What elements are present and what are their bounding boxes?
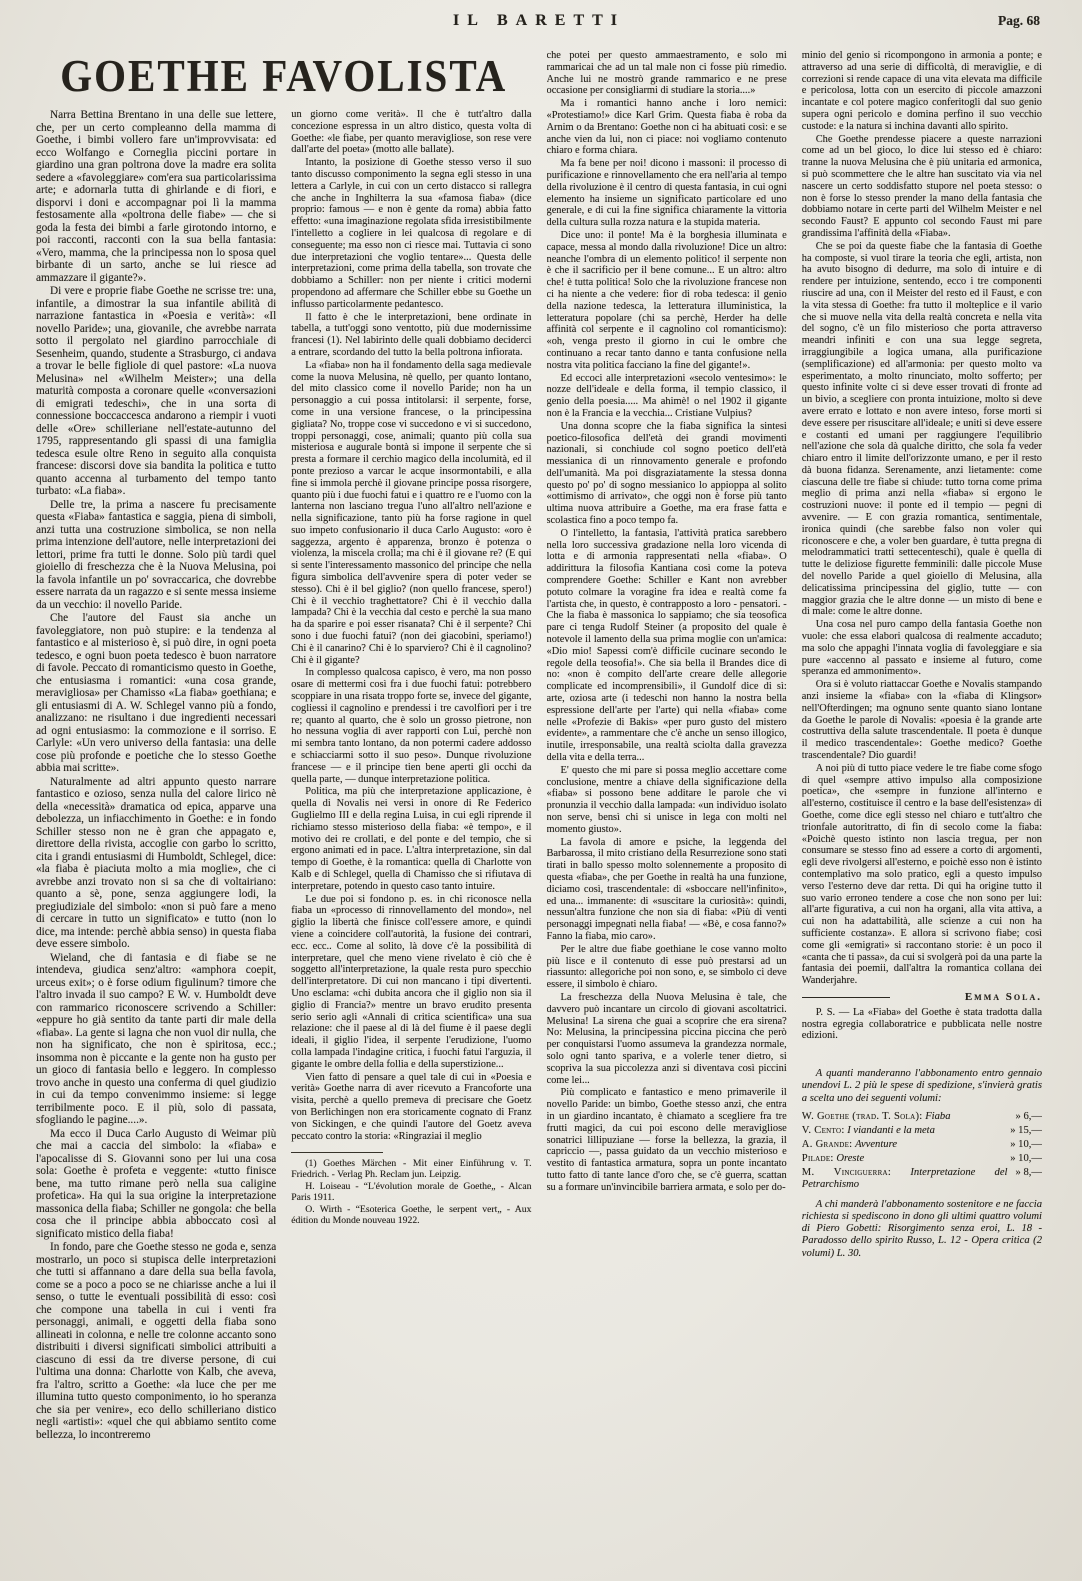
article-body: GOETHE FAVOLISTA Narra Bettina Brentano … (36, 50, 1042, 1442)
paragraph: La «fiaba» non ha il fondamento della sa… (291, 360, 531, 667)
paragraph: Che se poi da queste fiabe che la fantas… (802, 241, 1042, 619)
article-end: Emma Sola. (802, 992, 1042, 1004)
book-author: V. Cento: (802, 1125, 845, 1136)
paragraph: Più complicato e fantastico e meno prima… (547, 1087, 787, 1193)
footnote: H. Loiseau - “L'évolution morale de Goet… (291, 1181, 531, 1203)
masthead: IL BARETTI (36, 12, 1042, 30)
book-title: Avventure (855, 1139, 897, 1150)
paragraph: Di vere e proprie fiabe Goethe ne scriss… (36, 285, 276, 498)
book-author: M. Vinciguerra: (802, 1167, 891, 1178)
paragraph: Una donna scopre che la fiaba significa … (547, 421, 787, 527)
column-3: che potei per questo ammaestramento, e s… (547, 50, 787, 1442)
list-item: A. Grande: Avventure » 10,— (802, 1139, 1042, 1151)
book-list: W. Goethe (trad. T. Sola): Fiaba » 6,— V… (802, 1111, 1042, 1191)
paragraph: In fondo, pare che Goethe stesso ne goda… (36, 1241, 276, 1441)
sustaining-subscriber-note: A chi manderà l'abbonamento sostenitore … (802, 1199, 1042, 1260)
paragraph: Intanto, la posizione di Goethe stesso v… (291, 157, 531, 310)
paragraph: Wieland, che di fantasia e di fiabe se n… (36, 952, 276, 1127)
paragraph: Ma fa bene per noi! dicono i massoni: il… (547, 158, 787, 229)
subscription-offer: A quanti manderanno l'abbonamento entro … (802, 1068, 1042, 1105)
list-item: M. Vinciguerra: Interpretazione del Petr… (802, 1167, 1042, 1191)
paragraph: Narra Bettina Brentano in una delle sue … (36, 109, 276, 284)
paragraph: Delle tre, la prima a nascere fu precisa… (36, 499, 276, 612)
book-author: W. Goethe (trad. T. Sola): (802, 1111, 923, 1122)
paragraph: Per le altre due fiabe goethiane le cose… (547, 944, 787, 991)
column-2: un giorno come verità». Il che è tutt'al… (291, 109, 531, 1442)
paragraph: In complesso qualcosa capisco, è vero, m… (291, 667, 531, 785)
column-4: minio del genio si ricompongono in armon… (802, 50, 1042, 1442)
book-price: » 15,— (1010, 1125, 1042, 1137)
list-item: V. Cento: I viandanti e la meta » 15,— (802, 1125, 1042, 1137)
page-number: Pag. 68 (998, 13, 1040, 29)
paragraph: Una cosa nel puro campo della fantasia G… (802, 619, 1042, 678)
paragraph: Vien fatto di pensare a quel tale di cui… (291, 1072, 531, 1143)
list-item: Pilade: Oreste » 10,— (802, 1153, 1042, 1165)
paragraph: Che Goethe prendesse piacere a queste na… (802, 134, 1042, 240)
paragraph: un giorno come verità». Il che è tutt'al… (291, 109, 531, 156)
paragraph: Il fatto è che le interpretazioni, bene … (291, 312, 531, 359)
paragraph: Le due poi si fondono p. es. in chi rico… (291, 894, 531, 1071)
book-price: » 10,— (1010, 1153, 1042, 1165)
book-price: » 10,— (1010, 1139, 1042, 1151)
book-author: Pilade: (802, 1153, 834, 1164)
book-price: » 6,— (1016, 1111, 1042, 1123)
paragraph: Ma ecco il Duca Carlo Augusto di Weimar … (36, 1128, 276, 1241)
paragraph: Ma i romantici hanno anche i loro nemici… (547, 98, 787, 157)
book-title: I viandanti e la meta (847, 1125, 935, 1136)
author-signature: Emma Sola. (965, 992, 1042, 1004)
postscript: P. S. — La «Fiaba» del Goethe è stata tr… (802, 1007, 1042, 1042)
paragraph: La freschezza della Nuova Melusina è tal… (547, 992, 787, 1086)
list-item: W. Goethe (trad. T. Sola): Fiaba » 6,— (802, 1111, 1042, 1123)
newspaper-page: IL BARETTI Pag. 68 GOETHE FAVOLISTA Narr… (0, 0, 1082, 1581)
column-1: Narra Bettina Brentano in una delle sue … (36, 109, 276, 1442)
end-of-article-rule (802, 997, 890, 998)
paragraph: che potei per questo ammaestramento, e s… (547, 50, 787, 97)
paragraph: Ed eccoci alle interpretazioni «secolo v… (547, 373, 787, 420)
subscription-notice: A quanti manderanno l'abbonamento entro … (802, 1068, 1042, 1260)
footnote: O. Wirth - “Esoterica Goethe, le serpent… (291, 1204, 531, 1226)
paragraph: Dice uno: il ponte! Ma è la borghesia il… (547, 230, 787, 372)
paragraph: E' questo che mi pare si possa meglio ac… (547, 765, 787, 836)
paragraph: A noi più di tutto piace vedere le tre f… (802, 763, 1042, 987)
paragraph: Politica, ma più che interpretazione app… (291, 786, 531, 892)
paragraph: Ora si è voluto riattaccar Goethe e Nova… (802, 679, 1042, 762)
footnote-divider (291, 1152, 383, 1153)
book-title: Oreste (836, 1153, 864, 1164)
paragraph: minio del genio si ricompongono in armon… (802, 50, 1042, 133)
paragraph: La favola di amore e psiche, la leggenda… (547, 837, 787, 943)
article-title: GOETHE FAVOLISTA (36, 53, 532, 99)
paragraph: Che l'autore del Faust sia anche un favo… (36, 612, 276, 775)
book-author: A. Grande: (802, 1139, 853, 1150)
footnote: (1) Goethes Märchen - Mit einer Einführu… (291, 1158, 531, 1180)
paragraph: Naturalmente ad altri appunto questo nar… (36, 776, 276, 951)
paragraph: O l'intelletto, la fantasia, l'attività … (547, 528, 787, 764)
page-header: IL BARETTI Pag. 68 (36, 12, 1042, 38)
book-price: » 8,— (1016, 1167, 1042, 1179)
book-title: Fiaba (925, 1111, 950, 1122)
